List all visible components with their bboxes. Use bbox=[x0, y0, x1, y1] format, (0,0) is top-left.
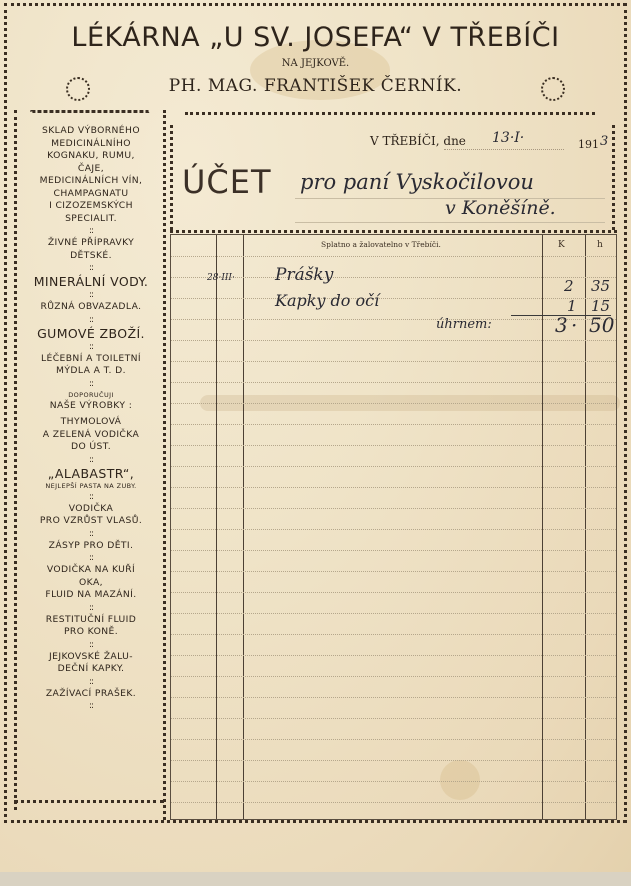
separator-dots: :: bbox=[22, 289, 160, 301]
date-line bbox=[444, 149, 564, 150]
date-handwritten: 13·I· bbox=[492, 130, 524, 146]
separator-dots: :: bbox=[22, 602, 160, 614]
sidebar-item: GUMOVÉ ZBOŽÍ. bbox=[22, 326, 160, 341]
product-list-sidebar: SKLAD VÝBORNÉHO MEDICINÁLNÍHO KOGNAKU, R… bbox=[22, 125, 160, 712]
table-frame-top bbox=[170, 230, 617, 233]
separator-dots: :: bbox=[22, 700, 160, 712]
sidebar-item: NAŠE VÝROBKY : bbox=[22, 400, 160, 413]
separator-dots: :: bbox=[22, 639, 160, 651]
sidebar-frame-right bbox=[163, 110, 166, 820]
frame-right-border bbox=[624, 3, 627, 823]
pharmacy-name: LÉKÁRNA „U SV. JOSEFA“ V TŘEBÍČI bbox=[0, 22, 631, 53]
sidebar-item: RESTITUČNÍ FLUID PRO KONĚ. bbox=[22, 614, 160, 639]
payable-note: Splatno a žalovatelno v Třebíči. bbox=[321, 240, 441, 249]
sidebar-frame-left bbox=[14, 110, 17, 810]
ornament-ring-left bbox=[66, 77, 90, 101]
separator-dots: :: bbox=[22, 341, 160, 353]
separator-dots: :: bbox=[22, 676, 160, 688]
location-subtitle: NA JEJKOVĚ. bbox=[0, 58, 631, 69]
recipient-name: pro paní Vyskočilovou bbox=[300, 170, 534, 194]
year-prefix: 191 bbox=[578, 138, 599, 151]
row-amount-k: 2 bbox=[564, 277, 574, 295]
sidebar-item: LÉČEBNÍ A TOILETNÍ MÝDLA A T. D. bbox=[22, 353, 160, 378]
sidebar-item: ŽIVNÉ PŘÍPRAVKY DĚTSKÉ. bbox=[22, 237, 160, 262]
invoice-title: ÚČET bbox=[182, 163, 272, 201]
total-label: úhrnem: bbox=[436, 317, 492, 332]
sidebar-item: SKLAD VÝBORNÉHO MEDICINÁLNÍHO KOGNAKU, R… bbox=[22, 125, 160, 225]
sidebar-item: THYMOLOVÁ A ZELENÁ VODIČKA DO ÚST. bbox=[22, 416, 160, 454]
recipient-line bbox=[295, 222, 605, 223]
ledger-table: Splatno a žalovatelno v Třebíči. K h 28·… bbox=[170, 234, 617, 820]
place-date-label: V TŘEBÍČI, dne bbox=[370, 134, 466, 148]
sidebar-item: „ALABASTR“, bbox=[22, 466, 160, 481]
separator-dots: :: bbox=[22, 314, 160, 326]
separator-dots: :: bbox=[22, 491, 160, 503]
sidebar-item: ZAŽÍVACÍ PRAŠEK. bbox=[22, 688, 160, 701]
separator-dots: :: bbox=[22, 262, 160, 274]
sidebar-item: JEJKOVSKÉ ŽALU- DEČNÍ KAPKY. bbox=[22, 651, 160, 676]
total-amount-separator: · bbox=[571, 313, 577, 337]
frame-top-border bbox=[4, 3, 626, 6]
sidebar-scallop-border bbox=[14, 800, 164, 803]
row-item: Kapky do očí bbox=[275, 291, 379, 310]
owner-name: PH. MAG. FRANTIŠEK ČERNÍK. bbox=[0, 76, 631, 96]
total-amount-k: 3 bbox=[555, 313, 568, 337]
column-divider bbox=[216, 235, 217, 819]
sidebar-item: VODIČKA PRO VZRŮST VLASŮ. bbox=[22, 503, 160, 528]
frame-bottom-border bbox=[4, 820, 626, 823]
sidebar-item: RŮZNÁ OBVAZADLA. bbox=[22, 301, 160, 314]
separator-dots: :: bbox=[22, 225, 160, 237]
separator-dots: :: bbox=[22, 378, 160, 390]
row-amount-h: 35 bbox=[591, 277, 610, 295]
main-frame-right bbox=[612, 125, 615, 230]
main-frame-top bbox=[185, 112, 595, 115]
separator-dots: :: bbox=[22, 552, 160, 564]
recipient-place: v Koněšíně. bbox=[445, 197, 556, 219]
row-item: Prášky bbox=[275, 265, 333, 285]
separator-dots: :: bbox=[22, 454, 160, 466]
sidebar-item: ZÁSYP PRO DĚTI. bbox=[22, 540, 160, 553]
frame-left-border bbox=[4, 3, 7, 823]
column-divider bbox=[542, 235, 543, 819]
main-frame-left bbox=[170, 125, 173, 230]
column-header-h: h bbox=[597, 240, 603, 250]
sidebar-item: DOPORUČUJI bbox=[22, 390, 160, 400]
sidebar-frame-top bbox=[30, 110, 150, 113]
total-amount-h: 50 bbox=[589, 313, 614, 337]
column-divider bbox=[585, 235, 586, 819]
column-header-k: K bbox=[558, 240, 565, 250]
ornament-ring-right bbox=[541, 77, 565, 101]
sidebar-item: MINERÁLNÍ VODY. bbox=[22, 274, 160, 289]
sidebar-item: VODIČKA NA KUŘÍ OKA, FLUID NA MAZÁNÍ. bbox=[22, 564, 160, 602]
sidebar-item: NEJLEPŠÍ PASTA NA ZUBY. bbox=[22, 481, 160, 491]
row-date: 28·III· bbox=[207, 273, 235, 283]
invoice-paper: LÉKÁRNA „U SV. JOSEFA“ V TŘEBÍČI NA JEJK… bbox=[0, 0, 631, 872]
column-divider bbox=[243, 235, 244, 819]
separator-dots: :: bbox=[22, 528, 160, 540]
year-handwritten: 3 bbox=[600, 134, 608, 149]
